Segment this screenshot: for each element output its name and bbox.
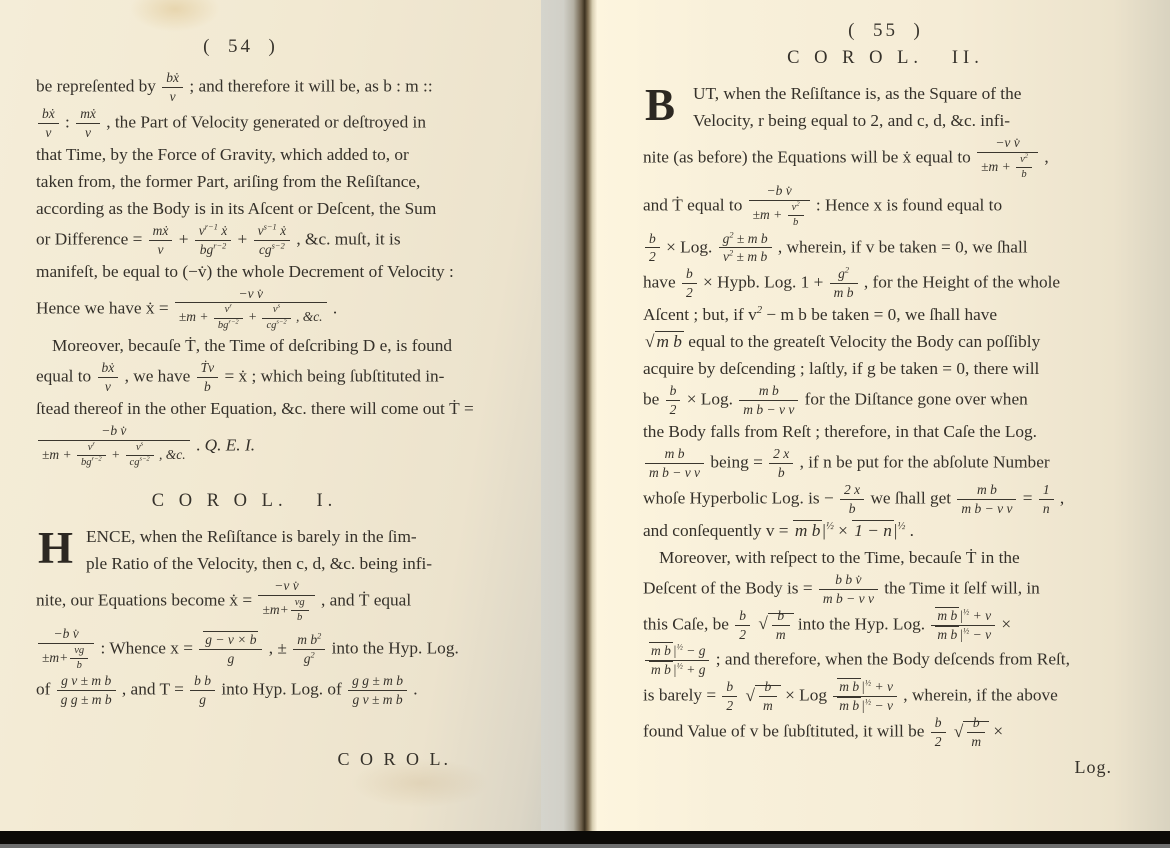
text-line: have b2 × Hypb. Log. 1 + g2m b , for the… <box>643 266 1144 301</box>
paper-stain <box>130 0 220 32</box>
right-page-catchword: Log. <box>643 754 1144 780</box>
text-line: acquire by deſcending ; laſtly, if g be … <box>643 356 1144 382</box>
text-line: and Ṫ equal to −b v̇±m + v2b : Hence x i… <box>643 183 1144 230</box>
drop-cap: B <box>645 83 675 127</box>
left-page-body: be repreſented by bẋv ; and therefore it… <box>36 70 513 772</box>
text-line: taken from, the former Part, ariſing fro… <box>36 169 513 195</box>
book-gutter <box>541 0 597 848</box>
text-line: according as the Body is in its Aſcent o… <box>36 196 513 222</box>
text-line: m b|½ − gm b|½ + g ; and therefore, when… <box>643 643 1144 678</box>
left-page-catchword: C O R O L. <box>36 746 513 772</box>
text-line: that Time, by the Force of Gravity, whic… <box>36 142 513 168</box>
text-line: ple Ratio of the Velocity, then c, d, &c… <box>36 551 513 577</box>
text-line: found Value of v be ſubſtituted, it will… <box>643 715 1144 750</box>
text-line: −b v̇±m+vgb : Whence x = g − v × bg , ± … <box>36 626 513 673</box>
right-page-number: ( 55 ) <box>597 20 1170 42</box>
text-line: √m b equal to the greateſt Velocity the … <box>643 329 1144 355</box>
corol-1-heading: C O R O L. I. <box>36 488 453 514</box>
text-line: HENCE, when the Reſiſtance is barely in … <box>36 524 513 550</box>
text-line: and conſequently v = m b|½ × 1 − n|½ . <box>643 518 1144 544</box>
scan-bottom-border <box>0 831 1170 844</box>
text-line: equal to bẋv , we have Ṫvb = ẋ ; which b… <box>36 360 513 395</box>
text-line: this Caſe, be b2 √bm into the Hyp. Log. … <box>643 608 1144 643</box>
right-page: ( 55 ) C O R O L. II. BUT, when the Reſi… <box>597 0 1170 848</box>
text-line: be b2 × Log. m bm b − v v for the Diſtan… <box>643 383 1144 418</box>
scan-bottom-edge <box>0 844 1170 848</box>
right-page-body: BUT, when the Reſiſtance is, as the Squa… <box>643 81 1144 780</box>
text-line: of g v ± m bg g ± m b , and T = b bg int… <box>36 673 513 708</box>
text-line: Moreover, becauſe Ṫ, the Time of deſcrib… <box>36 333 513 359</box>
text-line: Moreover, with reſpect to the Time, beca… <box>643 545 1144 571</box>
left-page: ( 54 ) be repreſented by bẋv ; and there… <box>0 0 541 848</box>
left-page-paragraphs: be repreſented by bẋv ; and therefore it… <box>36 70 513 470</box>
text-line: m bm b − v v being = 2 xb , if n be put … <box>643 446 1144 481</box>
text-line: BUT, when the Reſiſtance is, as the Squa… <box>643 81 1144 107</box>
text-line: be repreſented by bẋv ; and therefore it… <box>36 70 513 105</box>
text-line: the Body falls from Reſt ; therefore, in… <box>643 419 1144 445</box>
text-line: Deſcent of the Body is = b b v̇m b − v v… <box>643 572 1144 607</box>
text-line: nite, our Equations become ẋ = −v v̇±m+v… <box>36 578 513 625</box>
text-line: or Difference = mẋv + vr−1 ẋbgr−2 + vs−1… <box>36 223 513 258</box>
left-page-number: ( 54 ) <box>0 36 541 58</box>
drop-cap: H <box>38 526 73 570</box>
text-line: b2 × Log. g2 ± m bv2 ± m b , wherein, if… <box>643 231 1144 266</box>
text-line: Aſcent ; but, if v2 − m b be taken = 0, … <box>643 302 1144 328</box>
book-scan: ( 54 ) be repreſented by bẋv ; and there… <box>0 0 1170 848</box>
text-line: ſtead thereof in the other Equation, &c.… <box>36 396 513 422</box>
text-line: bẋv : mẋv , the Part of Velocity generat… <box>36 106 513 141</box>
text-line: nite (as before) the Equations will be ẋ… <box>643 135 1144 182</box>
text-line: is barely = b2 √bm × Log m b|½ + vm b|½ … <box>643 679 1144 714</box>
text-line: Hence we have ẋ = −v v̇±m + vrbgr−2 + vs… <box>36 286 513 333</box>
corol-2-paragraphs: BUT, when the Reſiſtance is, as the Squa… <box>643 81 1144 750</box>
corol-2-heading: C O R O L. II. <box>601 48 1170 69</box>
text-line: −b v̇±m + vrbgr−2 + vscgs−2 , &c. . Q. E… <box>36 423 513 470</box>
corol-1-paragraph: HENCE, when the Reſiſtance is barely in … <box>36 524 513 708</box>
text-line: manifeſt, be equal to (−v̇) the whole De… <box>36 259 513 285</box>
text-line: whoſe Hyperbolic Log. is − 2 xb we ſhall… <box>643 482 1144 517</box>
text-line: Velocity, r being equal to 2, and c, d, … <box>643 108 1144 134</box>
